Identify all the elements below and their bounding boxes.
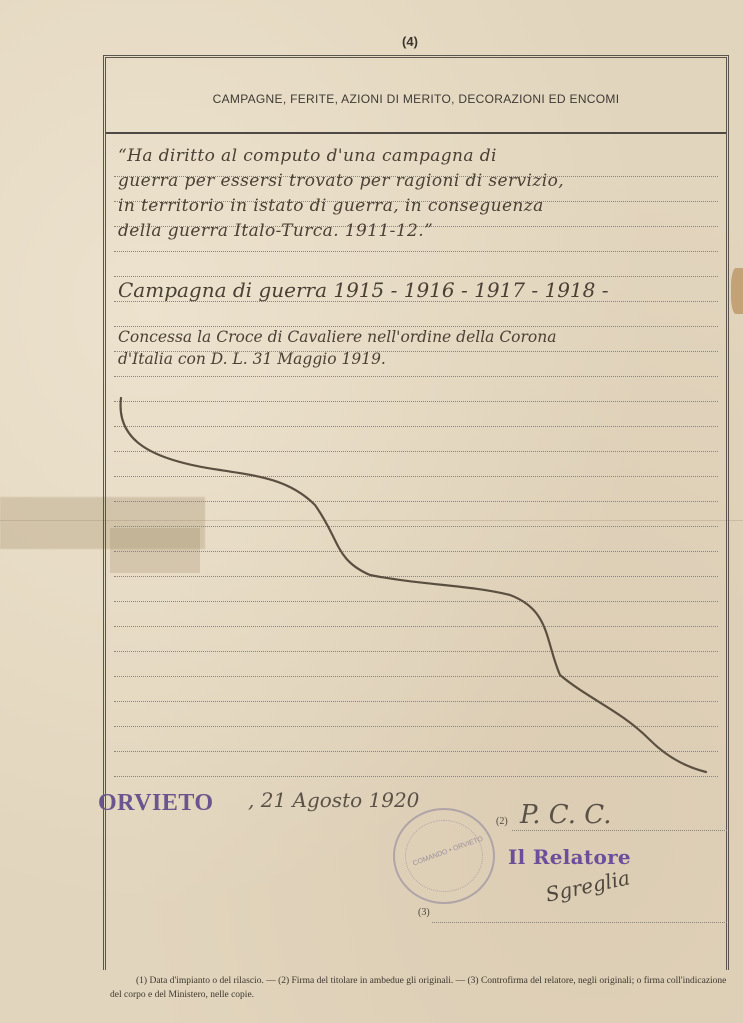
signature-line-holder <box>512 830 727 831</box>
signature-line-relatore <box>432 922 727 923</box>
official-seal: COMANDO • ORVIETO <box>393 808 495 904</box>
cancellation-stroke <box>0 0 743 1023</box>
relatore-stamp: Il Relatore <box>508 845 631 869</box>
date-handwritten: , 21 Agosto 1920 <box>248 788 419 812</box>
holder-signature: P. C. C. <box>520 800 611 830</box>
place-stamp: ORVIETO <box>98 790 214 817</box>
footnotes: (1) Data d'impianto o del rilascio. — (2… <box>110 974 735 1002</box>
footnote-marker-2: (2) <box>496 816 508 827</box>
footnote-marker-3: (3) <box>418 907 430 918</box>
